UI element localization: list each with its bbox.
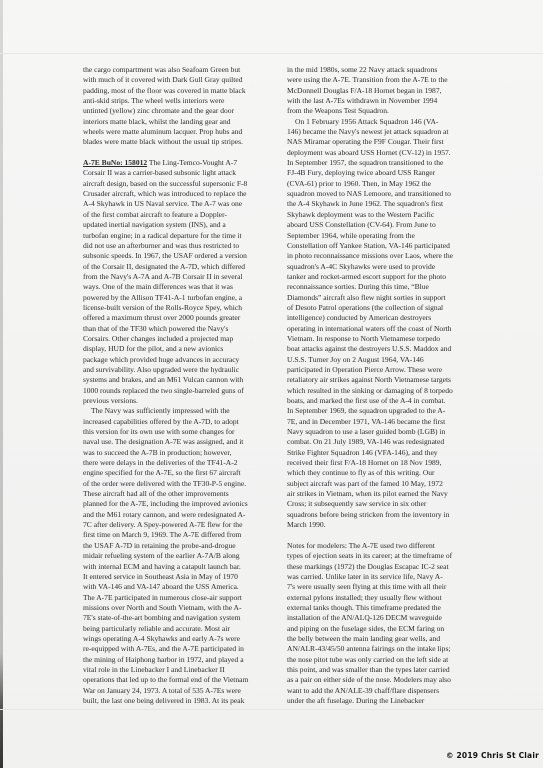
text-line: built, the last one being delivered in 1… — [83, 696, 279, 706]
text-line: Vietnam. In response to North Vietnamese… — [287, 334, 487, 344]
text-line: wings operating A-4 Skyhawks and early A… — [83, 634, 279, 644]
right-column: in the mid 1980s, some 22 Navy attack sq… — [287, 65, 487, 706]
text-line: of Desoto Patrol operations (the collect… — [287, 303, 487, 313]
page-edge-shadow — [0, 0, 3, 768]
text-line: A-4 Skyhawk in US Naval service. The A-7… — [83, 199, 279, 209]
text-line: Crusader aircraft, which was introduced … — [83, 189, 279, 199]
text-line: was carried. Unlike later in its service… — [287, 572, 487, 582]
text-line: there were delays in the deliveries of t… — [83, 458, 279, 468]
text-line: anti-skid strips. The wheel wells interi… — [83, 96, 279, 106]
text-line: which resulted in the sinking or damagin… — [287, 386, 487, 396]
text-line: want to add the AN/ALE-39 chaff/flare di… — [287, 686, 487, 696]
text-line: missions over North and South Vietnam, w… — [83, 603, 279, 613]
text-line: were using the A-7E. Transition from the… — [287, 75, 487, 85]
text-line: September 1964, while operating from the — [287, 231, 487, 241]
text-line: than that of the TF30 which powered the … — [83, 324, 279, 334]
text-line: intelligence) conducted by American dest… — [287, 313, 487, 323]
text-line: first time on March 9, 1969. The A-7E di… — [83, 530, 279, 540]
text-line: with the last A-7Es withdrawn in Novembe… — [287, 96, 487, 106]
text-line: subsonic speeds. In 1967, the USAF order… — [83, 251, 279, 261]
text-line: in the mid 1980s, some 22 Navy attack sq… — [287, 65, 487, 75]
text-line: the cargo compartment was also Seafoam G… — [83, 65, 279, 75]
text-line: aboard USS Constellation (CV-64). From J… — [287, 220, 487, 230]
text-line: It entered service in Southeast Asia in … — [83, 572, 279, 582]
text-line: of the Corsair II, designated the A-7D, … — [83, 262, 279, 272]
left-column: the cargo compartment was also Seafoam G… — [83, 65, 279, 706]
text-line: of the first combat aircraft to feature … — [83, 210, 279, 220]
text-line: midair refueling system of the earlier A… — [83, 551, 279, 561]
text-line: retaliatory air strikes against North Vi… — [287, 375, 487, 385]
text-line: 7E's state-of-the-art bombing and naviga… — [83, 613, 279, 623]
text-line: Strike Fighter Squadron 146 (VFA-146), a… — [287, 448, 487, 458]
paragraph-interior-colors: the cargo compartment was also Seafoam G… — [83, 65, 279, 148]
text-line: license-built version of the Rolls-Royce… — [83, 303, 279, 313]
text-line: external pylons installed; they usually … — [287, 593, 487, 603]
text-line: with VA-146 and VA-147 aboard the USS Am… — [83, 582, 279, 592]
text-line: from the Weapons Test Squadron. — [287, 106, 487, 116]
text-line: Navy squadron to use a laser guided bomb… — [287, 427, 487, 437]
text-line: with much of it covered with Dark Gull G… — [83, 75, 279, 85]
text-line: previous versions. — [83, 396, 279, 406]
text-line: FJ-4B Fury, deploying twice aboard USS R… — [287, 168, 487, 178]
text-line: re-equipped with A-7Es, and the A-7E par… — [83, 644, 279, 654]
text-line: which they continue to fly as of this wr… — [287, 468, 487, 478]
text-line: Constellation off Yankee Station, VA-146… — [287, 241, 487, 251]
text-line: from the Navy's A-7A and A-7B Corsair II… — [83, 272, 279, 282]
text-line: 7's were usually seen flying at this tim… — [287, 582, 487, 592]
text-line: and the M61 rotary cannon, and were rede… — [83, 510, 279, 520]
text-line: external tanks though. This timeframe pr… — [287, 603, 487, 613]
text-line: combat. On 21 July 1989, VA-146 was rede… — [287, 437, 487, 447]
aircraft-heading: A-7E BuNo: 158012 — [83, 158, 147, 167]
text-line: The Navy was sufficiently impressed with… — [83, 406, 279, 416]
text-line: Corsair II was a carrier-based subsonic … — [83, 168, 279, 178]
text-line: did not use an afterburner and was thus … — [83, 241, 279, 251]
text-line: Notes for modelers: The A-7E used two di… — [287, 541, 487, 551]
text-line: In September 1969, the squadron upgraded… — [287, 406, 487, 416]
text-line: these markings (1972) the Douglas Escapa… — [287, 562, 487, 572]
text-line: boat attacks against the destroyers U.S.… — [287, 344, 487, 354]
text-line: offered a maximum thrust over 2000 pound… — [83, 313, 279, 323]
text-line: powered by the Allison TF41-A-1 turbofan… — [83, 293, 279, 303]
text-line: the USAF A-7D in retaining the probe-and… — [83, 541, 279, 551]
text-line: padding, most of the floor was covered i… — [83, 86, 279, 96]
text-line: turbofan engine; in a radical departure … — [83, 231, 279, 241]
paragraph-va146-history: On 1 February 1956 Attack Squadron 146 (… — [287, 117, 487, 531]
text-line: participated in Operation Pierce Arrow. … — [287, 365, 487, 375]
text-line: squadron's A-4C Skyhawks were used to pr… — [287, 262, 487, 272]
text-line: March 1990. — [287, 520, 487, 530]
text-line: the belly between the main landing gear … — [287, 634, 487, 644]
paragraph-a7e-navy: The Navy was sufficiently impressed with… — [83, 406, 279, 706]
text-line: under the aft fuselage. During the Lineb… — [287, 696, 487, 706]
paragraph-modeler-notes: Notes for modelers: The A-7E used two di… — [287, 541, 487, 707]
text-line: systems and brakes, and an M61 Vulcan ca… — [83, 375, 279, 385]
text-line: planned for the A-7E, including the impr… — [83, 499, 279, 509]
text-line: package which provided huge advances in … — [83, 355, 279, 365]
text-line: air strikes in Vietnam, when its pilot e… — [287, 489, 487, 499]
text-line: vital role in the Linebacker I and Lineb… — [83, 665, 279, 675]
text-line: In September 1957, the squadron transiti… — [287, 158, 487, 168]
text-line: interiors matte black, whilst the landin… — [83, 117, 279, 127]
text-line: the A-4 Skyhawk in June 1962. The squadr… — [287, 199, 487, 209]
text-line: subject aircraft was part of the famed 1… — [287, 479, 487, 489]
text-line: These aircraft had all of the other impr… — [83, 489, 279, 499]
text-line: operations that led up to the formal end… — [83, 675, 279, 685]
text-line: 1000 rounds replaced the two single-barr… — [83, 386, 279, 396]
text-line: Diamonds” aircraft also flew night sorti… — [287, 293, 487, 303]
paragraph-a7e-retirement: in the mid 1980s, some 22 Navy attack sq… — [287, 65, 487, 117]
text-line: installation of the AN/ALQ-126 DECM wave… — [287, 613, 487, 623]
text-line: AN/ALR-43/45/50 antenna fairings on the … — [287, 644, 487, 654]
paragraph-a7-history: Corsair II was a carrier-based subsonic … — [83, 168, 279, 406]
text-line: in photo reconnaissance missions over La… — [287, 251, 487, 261]
text-line: U.S.S. Turner Joy on 2 August 1964, VA-1… — [287, 355, 487, 365]
text-line: engine specified for the A-7E, so the fi… — [83, 468, 279, 478]
text-line: received their first F/A-18 Hornet on 18… — [287, 458, 487, 468]
text-line: 146) became the Navy's newest jet attack… — [287, 127, 487, 137]
text-line: Cross; it subsequently saw service in si… — [287, 499, 487, 509]
paragraph-intro-first-line: A-7E BuNo: 158012 The Ling-Temco-Vought … — [83, 158, 279, 168]
text-line: The A-7E participated in numerous close-… — [83, 593, 279, 603]
text-line: as a pair on either side of the nose. Mo… — [287, 675, 487, 685]
text-line: of the order were delivered with the TF3… — [83, 479, 279, 489]
text-line: Corsairs. Other changes included a proje… — [83, 334, 279, 344]
text-line: boats, and marked the first use of the A… — [287, 396, 487, 406]
copyright-watermark: © 2019 Chris St Clair — [446, 751, 539, 760]
text-line: Skyhawk deployment was to the Western Pa… — [287, 210, 487, 220]
text-line: squadrons before being stricken from the… — [287, 510, 487, 520]
text-line: McDonnell Douglas F/A-18 Hornet began in… — [287, 86, 487, 96]
text-line: wheels were matte aluminum lacquer. Prop… — [83, 127, 279, 137]
text-line: this point, and was smaller than the typ… — [287, 665, 487, 675]
text-line: increased capabilities offered by the A-… — [83, 417, 279, 427]
text-line: aircraft design, based on the successful… — [83, 179, 279, 189]
text-line: and survivability. Also upgraded were th… — [83, 365, 279, 375]
text-line: operating in international waters off th… — [287, 324, 487, 334]
text-line: ways. One of the main differences was th… — [83, 282, 279, 292]
text-line: was to succeed the A-7B in production; h… — [83, 448, 279, 458]
text-line: this version for its own use with some c… — [83, 427, 279, 437]
text-line: the nose pitot tube was only carried on … — [287, 655, 487, 665]
text-line: tanker and rocket-armed escort support f… — [287, 272, 487, 282]
text-line: 7E, and in December 1971, VA-146 became … — [287, 417, 487, 427]
text-line: being particularly reliable and accurate… — [83, 624, 279, 634]
text-line: naval use. The designation A-7E was assi… — [83, 437, 279, 447]
text-line: types of ejection seats in its career; a… — [287, 551, 487, 561]
text-line: NAS Miramar operating the F9F Cougar. Th… — [287, 137, 487, 147]
text-line: untinted (yellow) zinc chromate and the … — [83, 106, 279, 116]
text-line: 7C after delivery. A Spey-powered A-7E f… — [83, 520, 279, 530]
text-line: reconnaissance sorties. During this time… — [287, 282, 487, 292]
text-line: and piping on the fuselage sides, the EC… — [287, 624, 487, 634]
text-line: with internal ECM and having a catapult … — [83, 562, 279, 572]
text-line: squadron moved to NAS Lemoore, and trans… — [287, 189, 487, 199]
text-line: updated inertial navigation system (INS)… — [83, 220, 279, 230]
text-line: blades were matte black without the usua… — [83, 137, 279, 147]
paper-fold-line — [0, 53, 543, 54]
text-line: display, HUD for the pilot, and a new av… — [83, 344, 279, 354]
text-line: deployment was aboard USS Hornet (CV-12)… — [287, 148, 487, 158]
text-line: (CVA-61) prior to 1960. Then, in May 196… — [287, 179, 487, 189]
text-line: the mining of Haiphong harbor in 1972, a… — [83, 655, 279, 665]
paper-fold-line — [0, 709, 543, 710]
text-line: On 1 February 1956 Attack Squadron 146 (… — [287, 117, 487, 127]
scanned-page: the cargo compartment was also Seafoam G… — [0, 0, 543, 768]
text-line: War on January 24, 1973. A total of 535 … — [83, 686, 279, 696]
